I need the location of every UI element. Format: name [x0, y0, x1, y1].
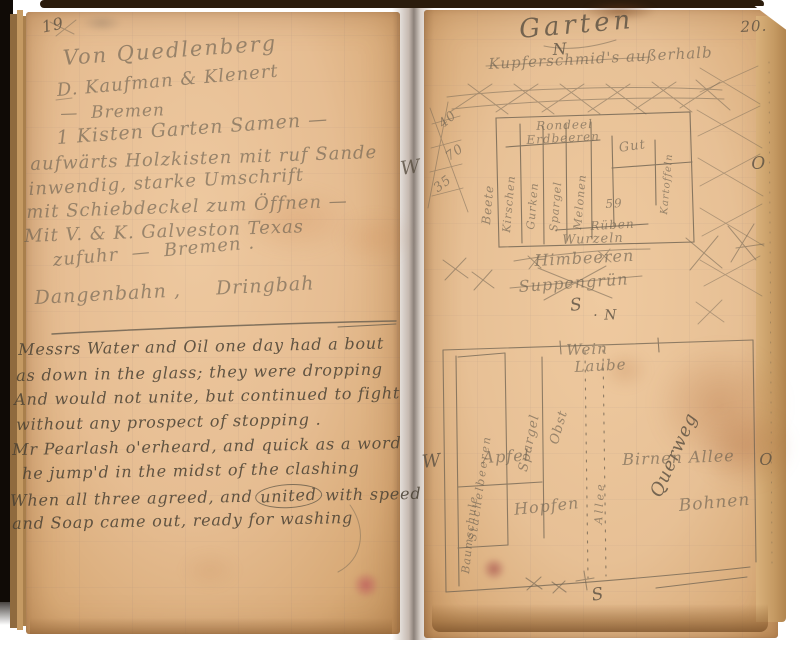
diagram2-label: Laube: [574, 355, 627, 376]
right-page: [424, 10, 778, 638]
poem-united-prefix: When all three agreed, and: [10, 487, 259, 510]
compass-east-label: O: [759, 450, 774, 469]
stain: [482, 558, 506, 580]
stain: [82, 14, 122, 32]
page-edge-stack: [10, 14, 17, 628]
diagram1-label: Wurzeln: [562, 231, 624, 248]
scan-dark-edge-fade: [0, 595, 10, 625]
compass-west-label: W: [399, 155, 422, 180]
compass-east-label: O: [751, 153, 767, 174]
notebook-scan: 19 Von Quedlenberg D. Kaufman & Klenert …: [0, 0, 800, 656]
bottom-deckle-right: [432, 604, 768, 632]
diagram1-number: 59: [605, 196, 623, 211]
diagram2-label: Apfel: [482, 446, 530, 467]
stain: [180, 550, 240, 590]
compass-west-label: W: [421, 450, 443, 473]
diagram2-label: Birnen Allee: [622, 446, 735, 469]
right-page-number: 20.: [740, 17, 768, 36]
book-top-edge: [40, 0, 764, 8]
poem-united-suffix: with speed: [319, 484, 421, 505]
diagram2-label-vertical: Allee: [592, 481, 607, 525]
spine-shadow: [392, 8, 434, 640]
compass-north-small-label: · N: [593, 307, 618, 324]
stain: [352, 573, 380, 597]
bottom-deckle-left: [30, 618, 392, 634]
poem-united-word: united: [255, 482, 323, 509]
right-page-edge: [756, 16, 786, 622]
compass-south-label: S: [569, 295, 584, 316]
ruled-grid: [424, 10, 778, 638]
